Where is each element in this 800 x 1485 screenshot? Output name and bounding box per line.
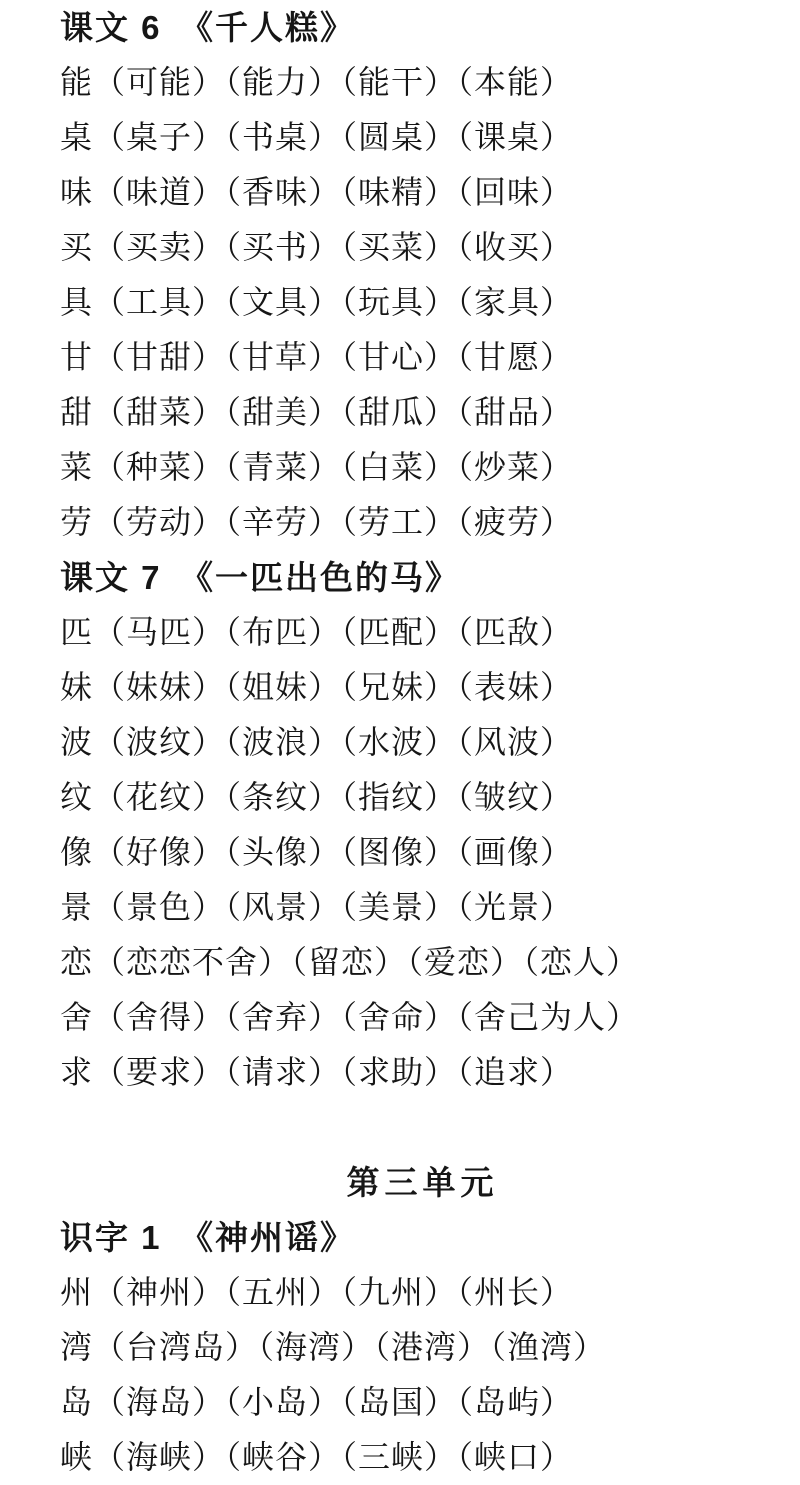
- section-lesson-7: 课文 7 《一匹出色的马》匹（马匹）（布匹）（匹配）（匹敌）妹（妹妹）（姐妹）（…: [60, 550, 785, 1100]
- word-group-line: 买（买卖）（买书）（买菜）（收买）: [60, 220, 785, 275]
- unit-3-heading: 第三单元: [60, 1155, 785, 1210]
- section-spacer: [60, 1100, 785, 1155]
- word-group-line: 甜（甜菜）（甜美）（甜瓜）（甜品）: [60, 385, 785, 440]
- word-group-line: 纹（花纹）（条纹）（指纹）（皱纹）: [60, 770, 785, 825]
- word-group-line: 具（工具）（文具）（玩具）（家具）: [60, 275, 785, 330]
- word-group-line: 菜（种菜）（青菜）（白菜）（炒菜）: [60, 440, 785, 495]
- section-shizi-1: 识字 1 《神州谣》州（神州）（五州）（九州）（州长）湾（台湾岛）（海湾）（港湾…: [60, 1210, 785, 1485]
- word-group-line: 舍（舍得）（舍弃）（舍命）（舍己为人）: [60, 990, 785, 1045]
- section-lesson-6: 课文 6 《千人糕》能（可能）（能力）（能干）（本能）桌（桌子）（书桌）（圆桌）…: [60, 0, 785, 550]
- word-group-line: 波（波纹）（波浪）（水波）（风波）: [60, 715, 785, 770]
- word-group-line: 味（味道）（香味）（味精）（回味）: [60, 165, 785, 220]
- lesson-7-heading: 课文 7 《一匹出色的马》: [60, 550, 785, 605]
- word-group-line: 景（景色）（风景）（美景）（光景）: [60, 880, 785, 935]
- word-group-line: 匹（马匹）（布匹）（匹配）（匹敌）: [60, 605, 785, 660]
- word-group-line: 恋（恋恋不舍）（留恋）（爱恋）（恋人）: [60, 935, 785, 990]
- word-group-line: 能（可能）（能力）（能干）（本能）: [60, 55, 785, 110]
- word-group-line: 桌（桌子）（书桌）（圆桌）（课桌）: [60, 110, 785, 165]
- word-group-line: 岛（海岛）（小岛）（岛国）（岛屿）: [60, 1375, 785, 1430]
- word-group-line: 求（要求）（请求）（求助）（追求）: [60, 1045, 785, 1100]
- word-group-line: 州（神州）（五州）（九州）（州长）: [60, 1265, 785, 1320]
- document-body: 课文 6 《千人糕》能（可能）（能力）（能干）（本能）桌（桌子）（书桌）（圆桌）…: [0, 0, 800, 1485]
- word-group-line: 妹（妹妹）（姐妹）（兄妹）（表妹）: [60, 660, 785, 715]
- word-group-line: 像（好像）（头像）（图像）（画像）: [60, 825, 785, 880]
- section-unit-3: 第三单元: [60, 1155, 785, 1210]
- word-group-line: 峡（海峡）（峡谷）（三峡）（峡口）: [60, 1430, 785, 1485]
- word-group-line: 湾（台湾岛）（海湾）（港湾）（渔湾）: [60, 1320, 785, 1375]
- word-group-line: 劳（劳动）（辛劳）（劳工）（疲劳）: [60, 495, 785, 550]
- lesson-6-heading: 课文 6 《千人糕》: [60, 0, 785, 55]
- shizi-1-heading: 识字 1 《神州谣》: [60, 1210, 785, 1265]
- word-group-line: 甘（甘甜）（甘草）（甘心）（甘愿）: [60, 330, 785, 385]
